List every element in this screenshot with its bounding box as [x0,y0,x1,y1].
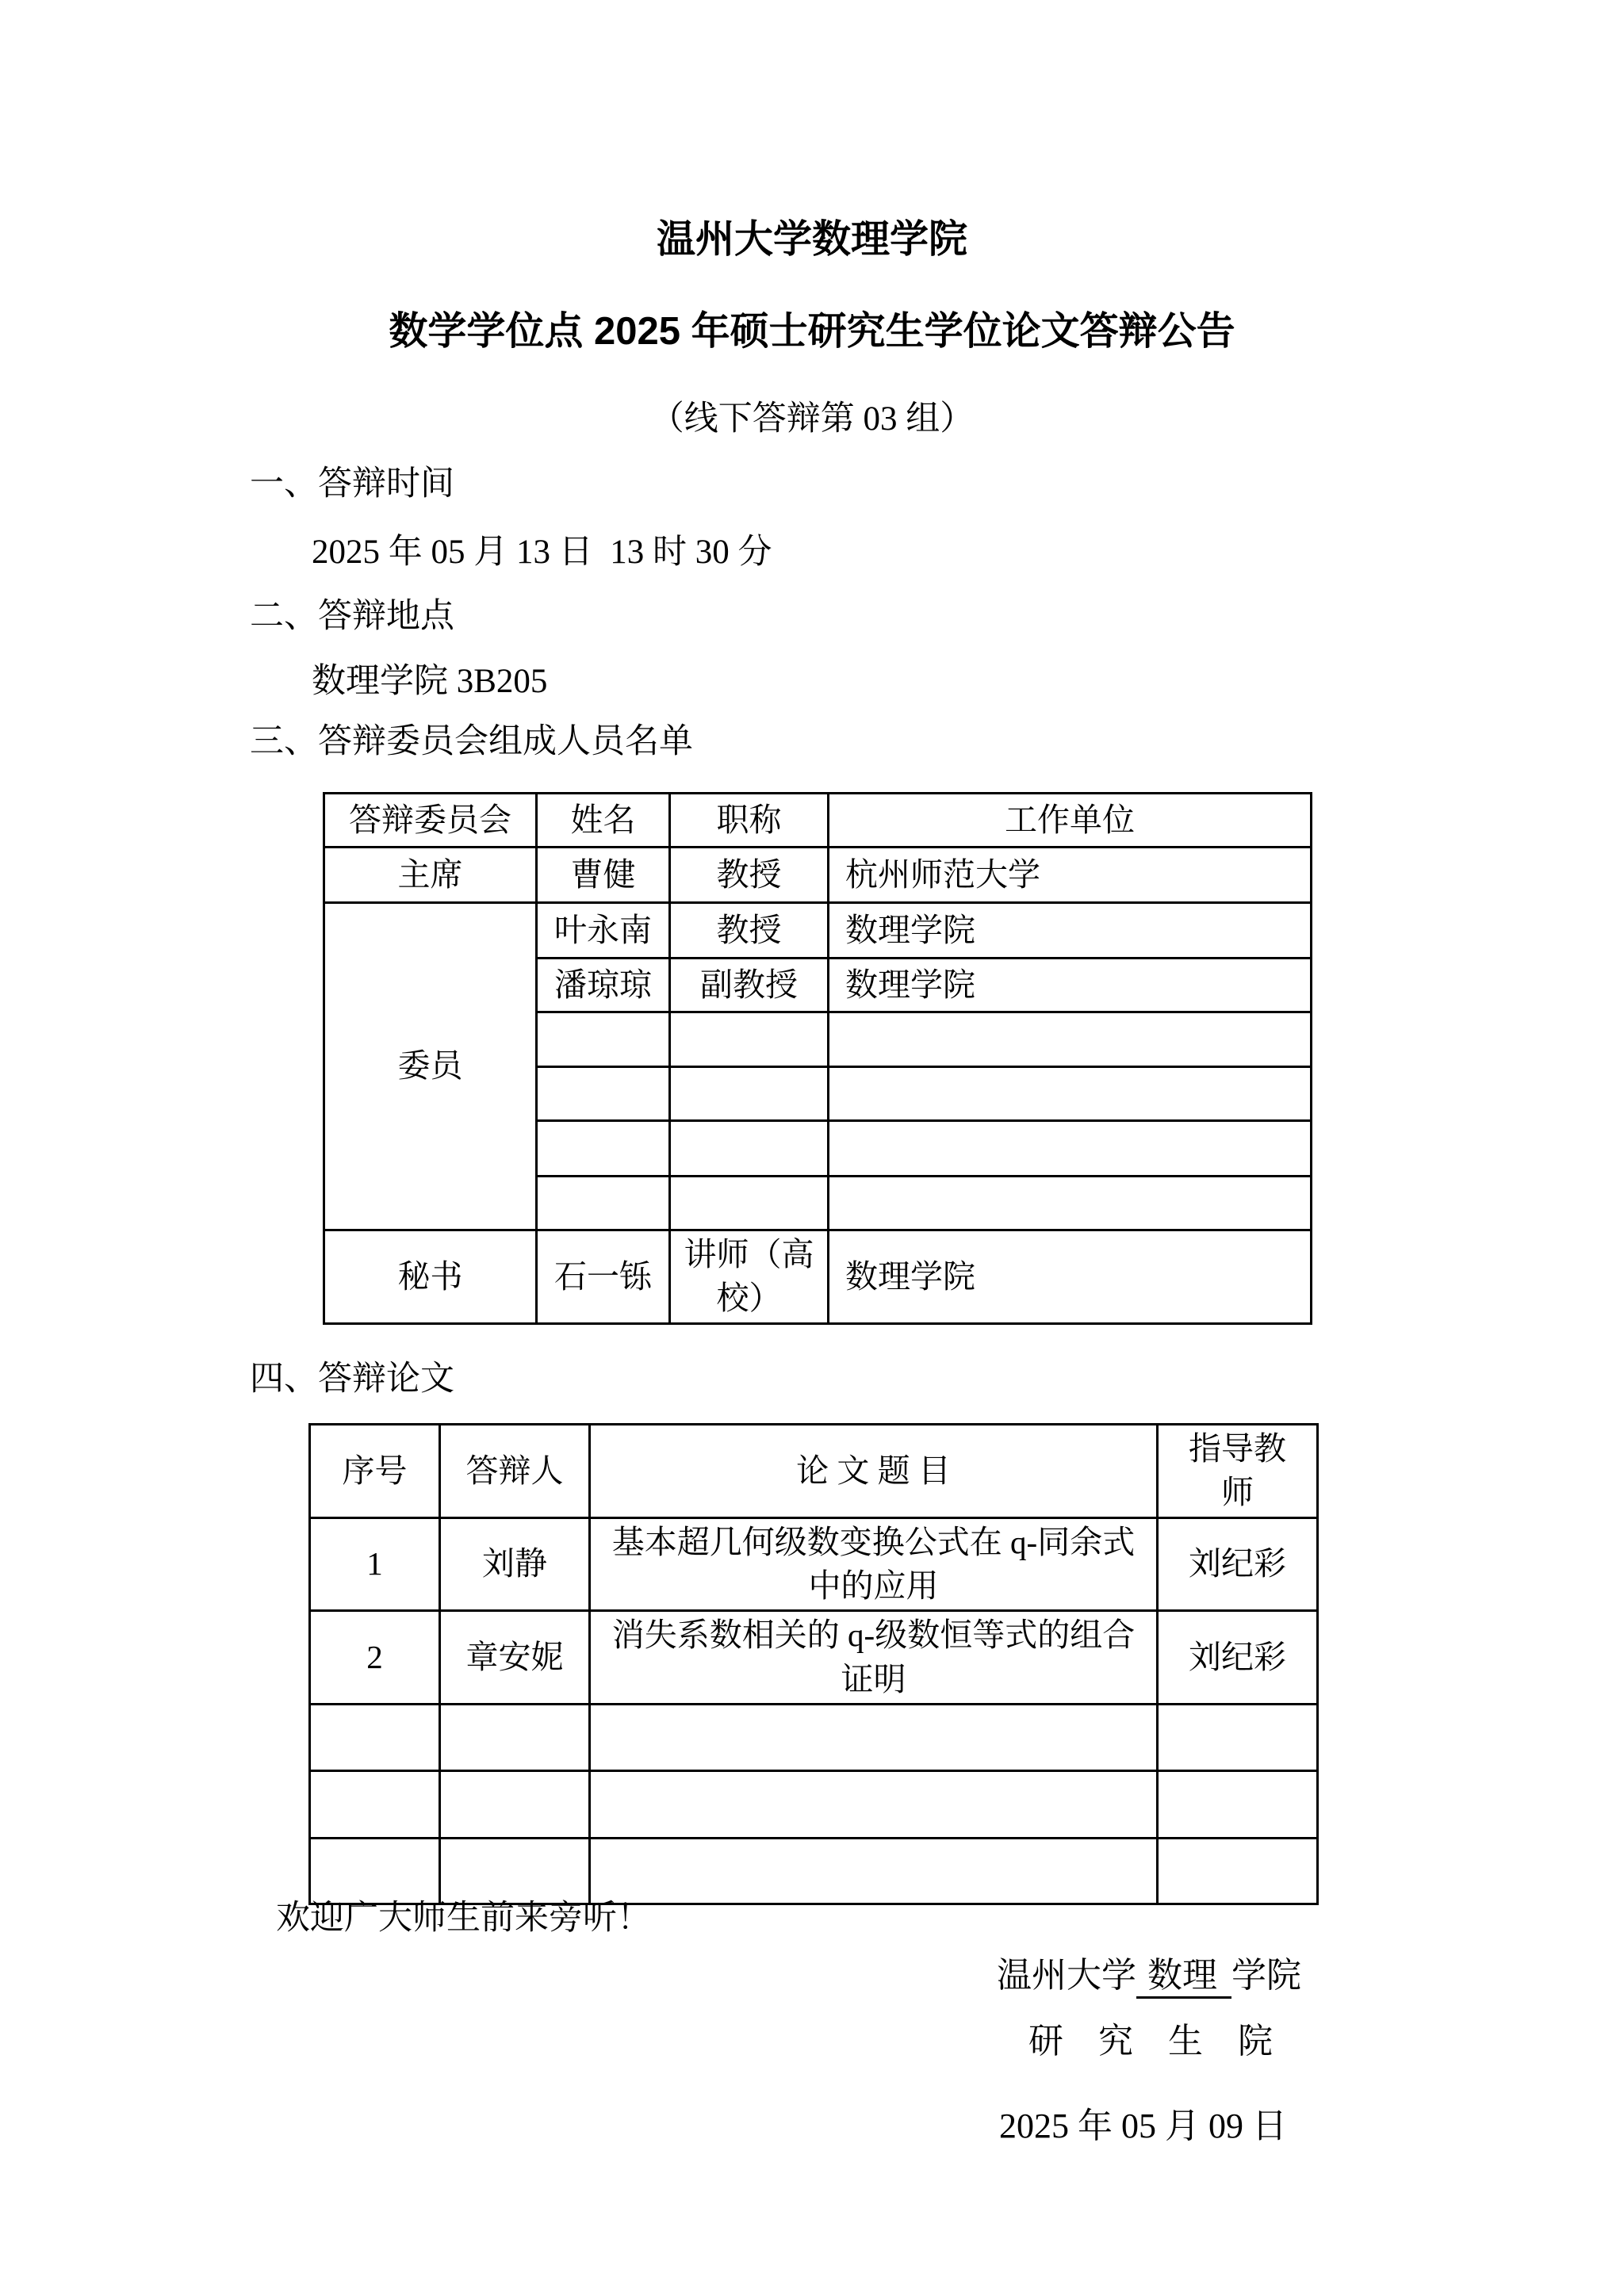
committee-header-row: 答辩委员会 姓名 职称 工作单位 [324,794,1312,848]
title-cell [670,1177,829,1230]
signature-org-blank: 数理 [1136,1957,1231,1999]
title-cell: 副教授 [670,959,829,1012]
committee-table: 答辩委员会 姓名 职称 工作单位 主席 曹健 教授 杭州师范大学 委员 叶永南 … [323,792,1312,1325]
section-3-label: 三、答辩委员会组成人员名单 [250,722,693,761]
org-cell [829,1067,1312,1121]
student-cell [440,1771,590,1839]
student-cell: 章安妮 [440,1611,590,1705]
advisor-cell [1158,1771,1318,1839]
header-cell: 序号 [310,1425,440,1518]
signature-org-suffix: 学院 [1231,1956,1301,1995]
document-page: 温州大学数理学院 数学学位点 2025 年硕士研究生学位论文答辩公告 （线下答辩… [0,0,1624,2296]
thesis-row [310,1771,1318,1839]
title-cell: 讲师（高校） [670,1230,829,1324]
role-cell: 主席 [324,848,537,903]
signature-date: 2025 年 05 月 09 日 [999,2107,1287,2145]
thesis-title-cell: 消失系数相关的 q-级数恒等式的组合证明 [590,1611,1158,1705]
group-subtitle: （线下答辩第 03 组） [0,400,1624,438]
page-title: 温州大学数理学院 [0,219,1624,262]
closing-note: 欢迎广大师生前来旁听！ [276,1899,651,1938]
header-cell: 姓名 [537,794,670,848]
thesis-title-cell [590,1839,1158,1904]
header-cell: 职称 [670,794,829,848]
title-cell: 教授 [670,848,829,903]
name-cell [537,1121,670,1177]
org-cell [829,1177,1312,1230]
signature-grad-school: 研 究 生 院 [1028,2022,1273,2061]
advisor-cell: 刘纪彩 [1158,1517,1318,1611]
name-cell: 叶永南 [537,903,670,959]
title-cell [670,1067,829,1121]
role-cell: 秘书 [324,1230,537,1324]
title-cell: 教授 [670,903,829,959]
signature-org-prefix: 温州大学 [997,1956,1136,1995]
no-cell: 2 [310,1611,440,1705]
defense-time: 2025 年 05 月 13 日 13 时 30 分 [312,533,772,572]
section-2-label: 二、答辩地点 [250,597,454,636]
header-cell: 论 文 题 目 [590,1425,1158,1518]
thesis-row [310,1705,1318,1771]
thesis-header-row: 序号 答辩人 论 文 题 目 指导教师 [310,1425,1318,1518]
thesis-row: 1 刘静 基本超几何级数变换公式在 q-同余式中的应用 刘纪彩 [310,1517,1318,1611]
thesis-row [310,1839,1318,1904]
name-cell: 潘琼琼 [537,959,670,1012]
table-row: 主席 曹健 教授 杭州师范大学 [324,848,1312,903]
role-cell: 委员 [324,903,537,1230]
advisor-cell [1158,1705,1318,1771]
advisor-header-text: 指导教师 [1186,1427,1289,1515]
advisor-cell: 刘纪彩 [1158,1611,1318,1705]
thesis-title-cell [590,1771,1158,1839]
header-cell: 答辩委员会 [324,794,537,848]
thesis-table: 序号 答辩人 论 文 题 目 指导教师 1 刘静 基本超几何级数变换公式在 q-… [308,1423,1319,1905]
org-cell: 杭州师范大学 [829,848,1312,903]
name-cell [537,1067,670,1121]
title-cell [670,1012,829,1067]
org-cell: 数理学院 [829,903,1312,959]
page-subtitle-bold: 数学学位点 2025 年硕士研究生学位论文答辩公告 [0,311,1624,354]
student-cell: 刘静 [440,1517,590,1611]
no-cell: 1 [310,1517,440,1611]
thesis-title-cell [590,1705,1158,1771]
student-cell [440,1705,590,1771]
section-1-label: 一、答辩时间 [250,465,454,503]
student-cell [440,1839,590,1904]
no-cell [310,1771,440,1839]
name-cell [537,1012,670,1067]
org-cell [829,1121,1312,1177]
org-cell [829,1012,1312,1067]
advisor-cell [1158,1839,1318,1904]
header-cell: 工作单位 [829,794,1312,848]
table-row: 秘书 石一铄 讲师（高校） 数理学院 [324,1230,1312,1324]
no-cell [310,1705,440,1771]
table-row: 委员 叶永南 教授 数理学院 [324,903,1312,959]
section-4-label: 四、答辩论文 [250,1360,454,1399]
name-cell: 石一铄 [537,1230,670,1324]
org-cell: 数理学院 [829,1230,1312,1324]
header-cell: 答辩人 [440,1425,590,1518]
name-cell [537,1177,670,1230]
org-cell: 数理学院 [829,959,1312,1012]
header-cell: 指导教师 [1158,1425,1318,1518]
no-cell [310,1839,440,1904]
thesis-title-cell: 基本超几何级数变换公式在 q-同余式中的应用 [590,1517,1158,1611]
name-cell: 曹健 [537,848,670,903]
signature-org-line: 温州大学数理学院 [997,1957,1301,1999]
defense-location: 数理学院 3B205 [312,662,547,701]
thesis-row: 2 章安妮 消失系数相关的 q-级数恒等式的组合证明 刘纪彩 [310,1611,1318,1705]
title-cell [670,1121,829,1177]
